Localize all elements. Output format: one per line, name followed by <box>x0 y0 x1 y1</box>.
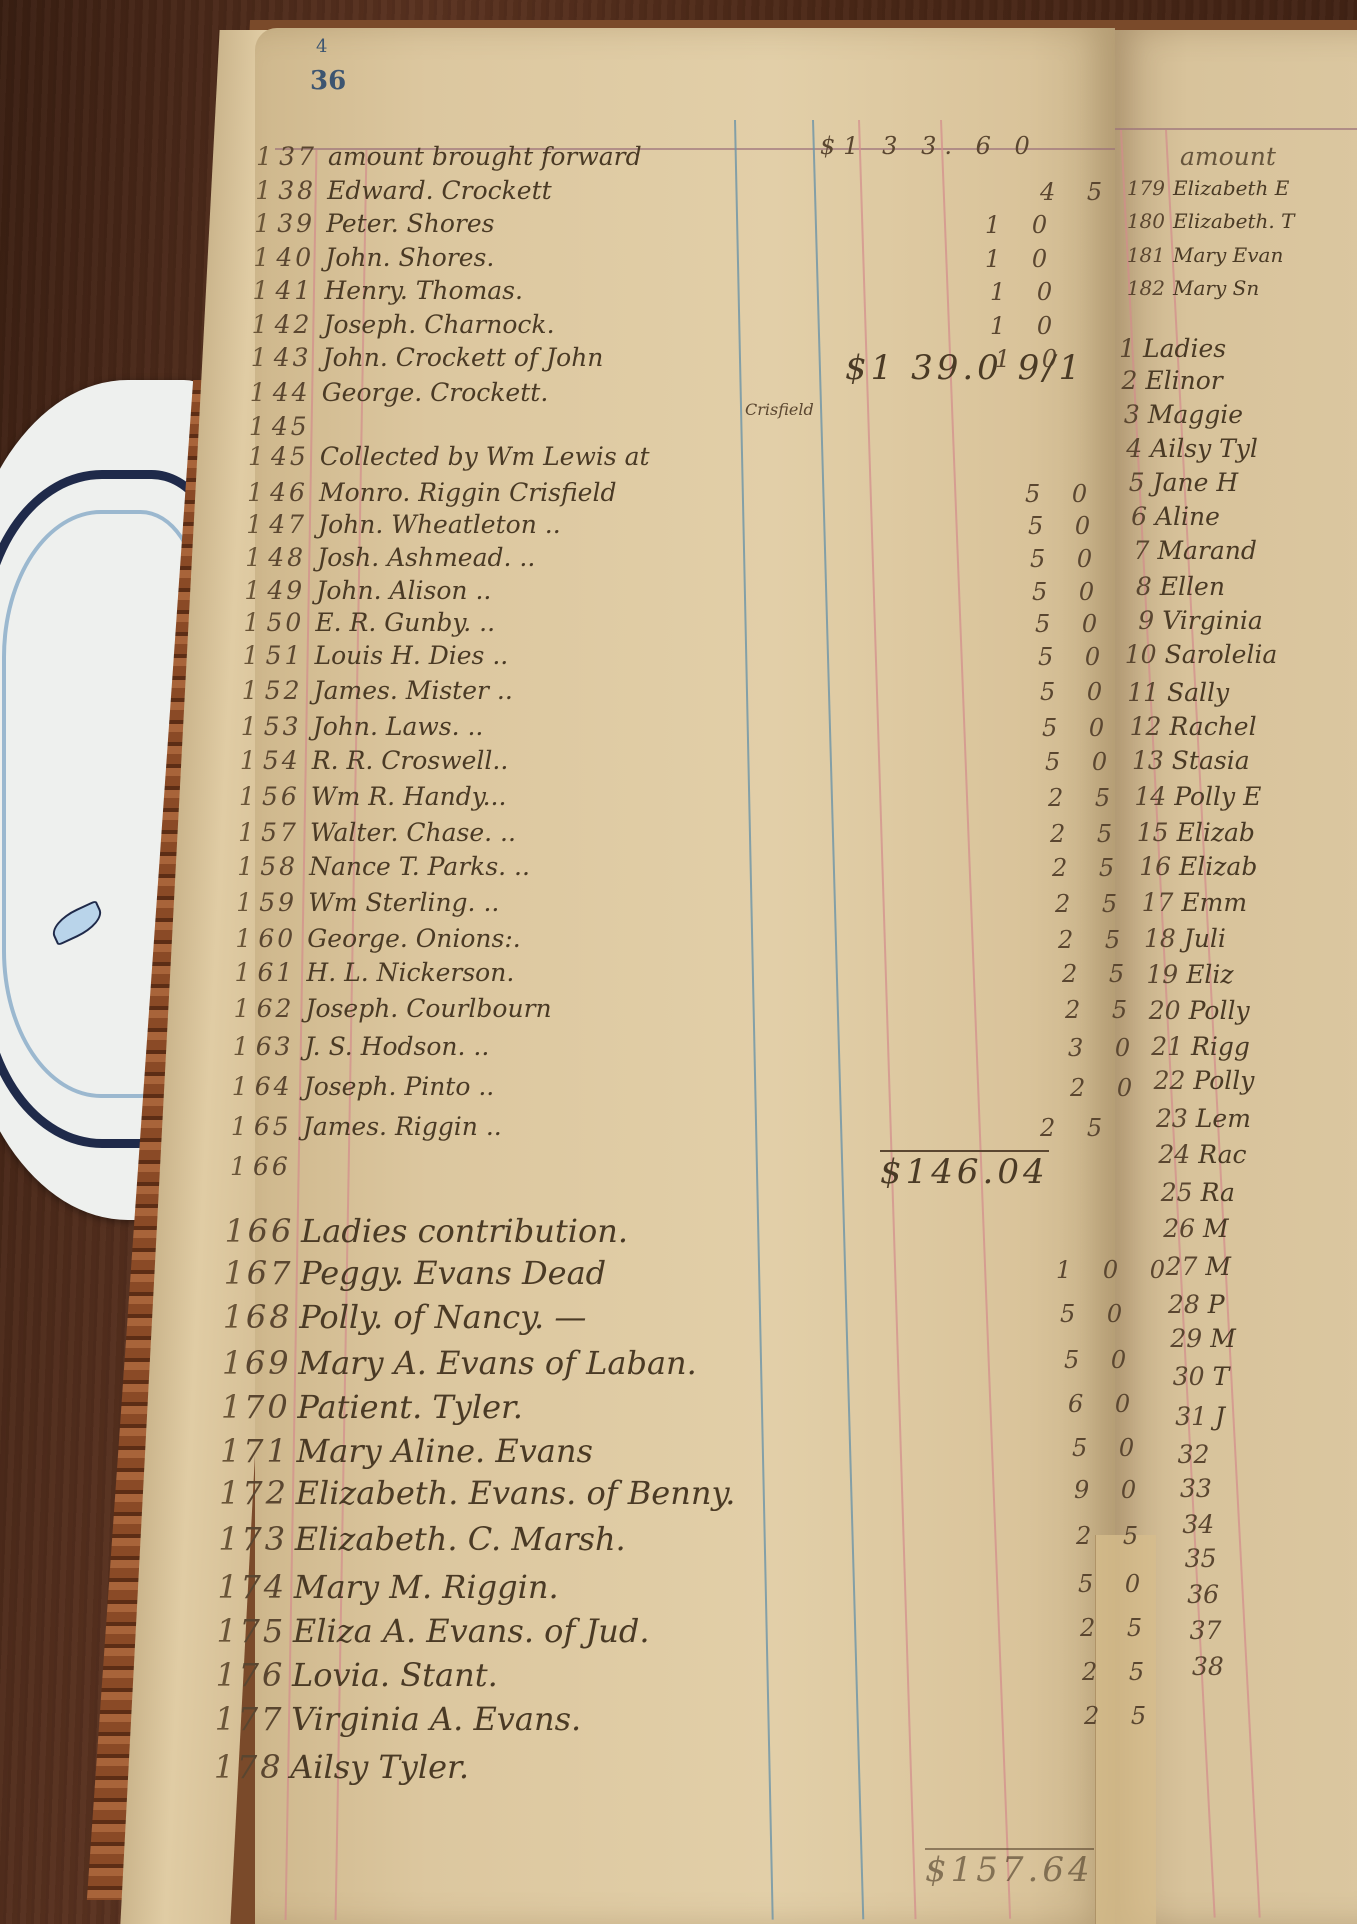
contributor-name: George. Onions:. <box>303 924 727 953</box>
ledger-mark: 1 <box>220 1344 242 1382</box>
contributor-name: E. R. Gunby. .. <box>311 608 735 637</box>
ledger-mark: 1 <box>224 1152 246 1181</box>
ledger-row: 173Elizabeth. C. Marsh. <box>217 1520 715 1556</box>
ledger-mark: 1 <box>236 676 258 705</box>
header-rule-right <box>1115 128 1357 130</box>
right-ledger-row: 11Sally <box>1109 678 1229 707</box>
ledger-row: 142Joseph. Charnock. <box>246 310 744 346</box>
contribution-amount: 3 0 <box>1068 1034 1142 1062</box>
contribution-amount: 5 0 <box>1064 1346 1138 1374</box>
entry-number: 2 <box>1087 366 1145 395</box>
contributor-name: Emm <box>1181 888 1247 917</box>
right-ledger-row: 16Elizab <box>1121 852 1257 881</box>
entry-number: 17 <box>1123 888 1181 917</box>
contribution-amount: 2 5 <box>1084 1702 1158 1730</box>
ledger-row: 166Ladies contribution. <box>223 1212 721 1248</box>
ledger-row: 170Patient. Tyler. <box>219 1388 717 1424</box>
entry-number: 76 <box>236 1656 288 1694</box>
ledger-row: 167Peggy. Evans Dead <box>222 1254 720 1290</box>
entry-number: 46 <box>263 478 315 507</box>
ledger-row: 143John. Crockett of John <box>245 343 743 379</box>
contribution-amount: 2 5 <box>1065 996 1139 1024</box>
entry-number: 13 <box>1114 746 1172 775</box>
ledger-mark: 1 <box>227 1032 249 1061</box>
contributor-name: amount brought forward <box>324 142 748 171</box>
ledger-mark: 1 <box>246 310 268 339</box>
ledger-row: 149John. Alison .. <box>238 576 736 612</box>
right-ledger-row: 33 <box>1162 1474 1220 1503</box>
page-number: 36 <box>310 66 346 96</box>
contributor-name: Ailsy Tyler. <box>286 1748 710 1786</box>
entry-number: 14 <box>1116 782 1174 811</box>
ledger-row: 138Edward. Crockett <box>249 176 747 212</box>
contributor-name: Louis H. Dies .. <box>311 641 735 670</box>
ledger-mark: 1 <box>232 818 254 847</box>
ledger-mark: 1 <box>250 142 272 171</box>
entry-number: 36 <box>1169 1580 1227 1609</box>
right-ledger-row: 6Aline <box>1097 502 1220 531</box>
ledger-mark: 1 <box>228 958 250 987</box>
contributor-name: Elizabeth. Evans. of Benny. <box>292 1474 716 1512</box>
contribution-amount: 2 5 <box>1080 1614 1154 1642</box>
ledger-mark: 1 <box>244 378 266 407</box>
entry-number: 20 <box>1131 996 1189 1025</box>
entry-number: 15 <box>1119 818 1177 847</box>
contributor-name: Virginia A. Evans. <box>287 1700 711 1738</box>
right-ledger-row: 21Rigg <box>1133 1032 1250 1061</box>
contribution-amount: 5 0 <box>1035 610 1109 638</box>
contributor-name: Ladies <box>1143 334 1226 363</box>
contribution-amount: 2 0 <box>1070 1074 1144 1102</box>
entry-number: 37 <box>272 142 324 171</box>
entry-number: 16 <box>1121 852 1179 881</box>
right-ledger-row: 7Marand <box>1099 536 1256 565</box>
right-ledger-row: 19Eliz <box>1128 960 1233 989</box>
contributor-name: John. Alison .. <box>312 576 736 605</box>
ledger-row: 177Virginia A. Evans. <box>213 1700 711 1736</box>
ledger-row: 174Mary M. Riggin. <box>216 1568 714 1604</box>
entry-number: 37 <box>1171 1616 1229 1645</box>
entry-number: 60 <box>251 924 303 953</box>
contributor-name: Patient. Tyler. <box>293 1388 717 1426</box>
entry-number: 39 <box>270 209 322 238</box>
entry-number: 68 <box>243 1298 295 1336</box>
contribution-amount: 2 5 <box>1058 926 1132 954</box>
ledger-row: 156Wm R. Handy... <box>233 782 731 818</box>
entry-number: 27 <box>1147 1252 1205 1281</box>
right-ledger-row: 28P <box>1150 1290 1225 1319</box>
entry-number: 28 <box>1150 1290 1208 1319</box>
ledger-row: 171Mary Aline. Evans <box>219 1432 717 1468</box>
right-ledger-row: 26M <box>1145 1214 1229 1243</box>
ledger-row: 144George. Crockett. <box>244 378 742 414</box>
ledger-row: 157Walter. Chase. .. <box>232 818 730 854</box>
entry-number: 42 <box>268 310 320 339</box>
entry-number: 38 <box>1174 1652 1232 1681</box>
entry-number: 40 <box>269 243 321 272</box>
contribution-amount: 5 0 <box>1060 1300 1134 1328</box>
entry-number: 53 <box>257 712 309 741</box>
ledger-mark: 1 <box>222 1254 244 1292</box>
contributor-name: H. L. Nickerson. <box>302 958 726 987</box>
ledger-mark: 1 <box>238 576 260 605</box>
contributor-name: R. R. Croswell.. <box>308 746 732 775</box>
ledger-mark: 1 <box>243 412 265 441</box>
entry-number: 180 <box>1115 209 1173 233</box>
contributor-name: Edward. Crockett <box>323 176 747 205</box>
subtotal-3: $157.64 <box>925 1848 1094 1890</box>
entry-number: 7 <box>1099 536 1157 565</box>
contribution-amount: 5 0 <box>1042 714 1116 742</box>
ledger-row: 168Polly. of Nancy. — <box>221 1298 719 1334</box>
entry-number: 29 <box>1152 1324 1210 1353</box>
contribution-amount: 2 5 <box>1050 820 1124 848</box>
ledger-mark: 1 <box>231 852 253 881</box>
contribution-amount: 1 0 <box>990 278 1064 306</box>
entry-number: 179 <box>1115 176 1173 200</box>
entry-number: 5 <box>1095 468 1153 497</box>
entry-number: 69 <box>242 1344 294 1382</box>
right-ledger-row: 2Elinor <box>1087 366 1222 395</box>
subtotal-2: $146.04 <box>880 1150 1049 1192</box>
ledger-mark: 1 <box>234 746 256 775</box>
entry-number: 51 <box>259 641 311 670</box>
contributor-name: Polly <box>1193 1066 1254 1095</box>
entry-number: 4 <box>1092 434 1150 463</box>
page-number-small: 4 <box>316 36 327 57</box>
ledger-row: 150E. R. Gunby. .. <box>237 608 735 644</box>
right-ledger-row: 14Polly E <box>1116 782 1261 811</box>
ledger-row: 153John. Laws. .. <box>235 712 733 748</box>
ledger-mark: 1 <box>249 176 271 205</box>
contributor-name: J. S. Hodson. .. <box>301 1032 725 1061</box>
right-ledger-row: 20Polly <box>1131 996 1250 1025</box>
entry-number: 56 <box>255 782 307 811</box>
ledger-mark: 1 <box>237 608 259 637</box>
ledger-mark: 1 <box>247 243 269 272</box>
contributor-name: Polly <box>1189 996 1250 1025</box>
contributor-name: Joseph. Pinto .. <box>300 1072 724 1101</box>
entry-number: 43 <box>267 343 319 372</box>
right-ledger-row: 13Stasia <box>1114 746 1250 775</box>
right-ledger-row: 24Rac <box>1140 1140 1246 1169</box>
right-ledger-row: 17Emm <box>1123 888 1247 917</box>
right-ledger-row: 182Mary Sn <box>1115 276 1259 300</box>
contributor-name: Virginia <box>1162 606 1263 635</box>
ledger-row: 169Mary A. Evans of Laban. <box>220 1344 718 1380</box>
ledger-row: 159Wm Sterling. .. <box>230 888 728 924</box>
ledger-mark: 1 <box>240 510 262 539</box>
entry-number: 67 <box>244 1254 296 1292</box>
contributor-name: M <box>1210 1324 1236 1353</box>
contributor-name: Henry. Thomas. <box>320 276 744 305</box>
ledger-row: 164Joseph. Pinto .. <box>226 1072 724 1108</box>
contributor-name: Mary A. Evans of Laban. <box>294 1344 718 1382</box>
entry-number: 33 <box>1162 1474 1220 1503</box>
right-page-header: amount <box>1180 142 1276 171</box>
entry-number: 57 <box>254 818 306 847</box>
ledger-mark: 1 <box>228 994 250 1023</box>
contributor-name: George. Crockett. <box>318 378 742 407</box>
contribution-amount: 2 5 <box>1062 960 1136 988</box>
right-ledger-row: 1Ladies <box>1085 334 1226 363</box>
contributor-name: John. Laws. .. <box>309 712 733 741</box>
ledger-mark: 1 <box>245 343 267 372</box>
ledger-mark: 1 <box>215 1612 237 1650</box>
entry-number: 70 <box>241 1388 293 1426</box>
right-ledger-row: 23Lem <box>1138 1104 1251 1133</box>
contributor-name: Marand <box>1157 536 1256 565</box>
ledger-mark: 1 <box>213 1700 235 1738</box>
ledger-mark: 1 <box>217 1520 239 1558</box>
ledger-mark: 1 <box>233 782 255 811</box>
entry-number: 6 <box>1097 502 1155 531</box>
contributor-name: Joseph. Charnock. <box>320 310 744 339</box>
right-ledger-row: 25Ra <box>1143 1178 1235 1207</box>
right-ledger-row: 10Sarolelia <box>1107 640 1278 669</box>
entry-number: 8 <box>1102 572 1160 601</box>
contributor-name: John. Wheatleton .. <box>314 510 738 539</box>
right-ledger-row: 8Ellen <box>1102 572 1225 601</box>
entry-number: 35 <box>1167 1544 1225 1573</box>
entry-number: 64 <box>248 1072 300 1101</box>
right-ledger-row: 30T <box>1155 1362 1230 1391</box>
ledger-mark: 1 <box>218 1474 240 1512</box>
entry-number: 71 <box>241 1432 293 1470</box>
ledger-mark: 1 <box>216 1568 238 1606</box>
ledger-row: 166 <box>224 1152 722 1188</box>
right-ledger-row: 35 <box>1167 1544 1225 1573</box>
ledger-row: 145Collected by Wm Lewis at <box>242 442 740 478</box>
right-ledger-row: 3Maggie <box>1090 400 1243 429</box>
contributor-name: Rachel <box>1169 712 1256 741</box>
ledger-row: 158Nance T. Parks. .. <box>231 852 729 888</box>
ledger-row: 176Lovia. Stant. <box>214 1656 712 1692</box>
contributor-name: Juli <box>1184 924 1226 953</box>
ledger-row: 152James. Mister .. <box>236 676 734 712</box>
entry-number: 66 <box>245 1212 297 1250</box>
contributor-name: Elinor <box>1145 366 1222 395</box>
contribution-amount: 6 0 <box>1068 1390 1142 1418</box>
entry-number: 12 <box>1111 712 1169 741</box>
contributor-name: Walter. Chase. .. <box>306 818 730 847</box>
contributor-name: Polly E <box>1174 782 1261 811</box>
ledger-mark: 1 <box>229 924 251 953</box>
right-ledger-row: 18Juli <box>1126 924 1226 953</box>
ledger-mark: 1 <box>242 442 264 471</box>
contribution-amount: 5 0 <box>1030 545 1104 573</box>
contributor-name: Eliza A. Evans. of Jud. <box>289 1612 713 1650</box>
contributor-name: T <box>1213 1362 1230 1391</box>
ledger-mark: 1 <box>237 641 259 670</box>
entry-number: 11 <box>1109 678 1167 707</box>
contributor-name: Sarolelia <box>1165 640 1278 669</box>
right-ledger-row: 15Elizab <box>1119 818 1255 847</box>
ledger-mark: 1 <box>221 1298 243 1336</box>
contribution-amount: 5 0 <box>1028 512 1102 540</box>
contributor-name: Mary Aline. Evans <box>293 1432 717 1470</box>
contributor-name: Nance T. Parks. .. <box>305 852 729 881</box>
contributor-name: James. Riggin .. <box>299 1112 723 1141</box>
contributor-name: Aline <box>1155 502 1220 531</box>
contributor-name: Elizabeth E <box>1173 176 1289 200</box>
right-ledger-row: 22Polly <box>1135 1066 1254 1095</box>
entry-number: 31 <box>1157 1402 1215 1431</box>
ledger-row: 175Eliza A. Evans. of Jud. <box>215 1612 713 1648</box>
contributor-name: Ladies contribution. <box>297 1212 721 1250</box>
contributor-name: Elizab <box>1179 852 1257 881</box>
contribution-amount: 1 0 <box>985 211 1059 239</box>
entry-number: 38 <box>271 176 323 205</box>
entry-number: 62 <box>250 994 302 1023</box>
ledger-row: 154R. R. Croswell.. <box>234 746 732 782</box>
contributor-name: Lem <box>1196 1104 1251 1133</box>
contributor-name: Stasia <box>1172 746 1250 775</box>
entry-number: 50 <box>259 608 311 637</box>
contribution-amount: 5 0 <box>1040 678 1114 706</box>
contributor-name: Ellen <box>1160 572 1225 601</box>
contribution-amount: 2 5 <box>1052 854 1126 882</box>
entry-number: 77 <box>235 1700 287 1738</box>
ledger-row: 141Henry. Thomas. <box>246 276 744 312</box>
right-ledger-row: 38 <box>1174 1652 1232 1681</box>
right-ledger-row: 32 <box>1159 1440 1217 1469</box>
right-ledger-row: 181Mary Evan <box>1115 243 1283 267</box>
contribution-amount: 2 5 <box>1048 784 1122 812</box>
contribution-amount: 9 0 <box>1074 1476 1148 1504</box>
entry-number: 182 <box>1115 276 1173 300</box>
contributor-name: P <box>1208 1290 1225 1319</box>
entry-number: 47 <box>262 510 314 539</box>
contributor-name: Mary Sn <box>1173 276 1259 300</box>
right-ledger-row: 36 <box>1169 1580 1227 1609</box>
entry-number: 3 <box>1090 400 1148 429</box>
ledger-row: 146Monro. Riggin Crisfield <box>241 478 739 514</box>
entry-number: 44 <box>266 378 318 407</box>
entry-number: 181 <box>1115 243 1173 267</box>
entry-number: 65 <box>247 1112 299 1141</box>
entry-number: 25 <box>1143 1178 1201 1207</box>
entry-number: 19 <box>1128 960 1186 989</box>
contributor-name: Elizabeth. C. Marsh. <box>291 1520 715 1558</box>
contributor-name: Elizab <box>1177 818 1255 847</box>
ledger-row: 161H. L. Nickerson. <box>228 958 726 994</box>
entry-number: 22 <box>1135 1066 1193 1095</box>
contribution-amount: 5 0 <box>1078 1570 1152 1598</box>
contributor-name: J <box>1215 1402 1225 1431</box>
contributor-name: Jane H <box>1153 468 1239 497</box>
entry-number: 23 <box>1138 1104 1196 1133</box>
entry-number: 9 <box>1104 606 1162 635</box>
entry-number: 26 <box>1145 1214 1203 1243</box>
entry-number: 32 <box>1159 1440 1217 1469</box>
ledger-row: 165James. Riggin .. <box>225 1112 723 1148</box>
contributor-name: Collected by Wm Lewis at <box>316 442 740 471</box>
right-ledger-row: 9Virginia <box>1104 606 1263 635</box>
contributor-name: Ailsy Tyl <box>1150 434 1258 463</box>
entry-number: 72 <box>240 1474 292 1512</box>
right-ledger-row: 29M <box>1152 1324 1236 1353</box>
entry-number: 45 <box>265 412 317 441</box>
contribution-amount: 1 0 <box>985 245 1059 273</box>
ledger-mark: 1 <box>241 478 263 507</box>
ledger-mark: 1 <box>230 888 252 917</box>
contribution-amount: 2 5 <box>1055 890 1129 918</box>
right-ledger-row: 5Jane H <box>1095 468 1239 497</box>
entry-number: 52 <box>258 676 310 705</box>
entry-number: 41 <box>268 276 320 305</box>
right-ledger-row: 37 <box>1171 1616 1229 1645</box>
contribution-amount: 1 0 <box>990 312 1064 340</box>
contributor-name: Sally <box>1167 678 1229 707</box>
entry-number: 21 <box>1133 1032 1191 1061</box>
ledger-row: 160George. Onions:. <box>229 924 727 960</box>
contribution-amount: 2 5 <box>1040 1114 1114 1142</box>
entry-number: 66 <box>246 1152 298 1181</box>
entry-number: 75 <box>237 1612 289 1650</box>
entry-number: 73 <box>239 1520 291 1558</box>
contributor-name: M <box>1205 1252 1231 1281</box>
right-ledger-row: 31J <box>1157 1402 1225 1431</box>
entry-number: 18 <box>1126 924 1184 953</box>
ledger-mark: 1 <box>212 1748 234 1786</box>
entry-number: 45 <box>264 442 316 471</box>
ledger-row: 147John. Wheatleton .. <box>240 510 738 546</box>
ledger-mark: 1 <box>219 1388 241 1426</box>
subtotal-1: $1 39.0 9/1 <box>845 348 1084 388</box>
contributor-name: James. Mister .. <box>310 676 734 705</box>
ledger-mark: 1 <box>223 1212 245 1250</box>
ledger-mark: 1 <box>219 1432 241 1470</box>
contribution-amount: 5 0 <box>1025 480 1099 508</box>
contributor-name: M <box>1203 1214 1229 1243</box>
entry-number: 34 <box>1164 1510 1222 1539</box>
ledger-mark: 1 <box>225 1112 247 1141</box>
entry-number: 54 <box>256 746 308 775</box>
entry-number: 49 <box>260 576 312 605</box>
ledger-mark: 1 <box>235 712 257 741</box>
contributor-name: Rac <box>1198 1140 1246 1169</box>
right-ledger-row: 27M <box>1147 1252 1231 1281</box>
annotation-crisfield: Crisfield <box>745 400 814 419</box>
contributor-name: Ra <box>1201 1178 1235 1207</box>
contribution-amount: 5 0 <box>1072 1434 1146 1462</box>
ledger-mark: 1 <box>239 543 261 572</box>
entry-number: 61 <box>250 958 302 987</box>
contributor-name: John. Crockett of John <box>319 343 743 372</box>
ledger-row: 172Elizabeth. Evans. of Benny. <box>218 1474 716 1510</box>
contributor-name: Peggy. Evans Dead <box>296 1254 720 1292</box>
contribution-amount: 2 5 <box>1076 1522 1150 1550</box>
contributor-name: Josh. Ashmead. .. <box>313 543 737 572</box>
right-ledger-row: 180Elizabeth. T <box>1115 209 1294 233</box>
ledger-mark: 1 <box>248 209 270 238</box>
contribution-amount: 5 0 <box>1045 748 1119 776</box>
ledger-row: 148Josh. Ashmead. .. <box>239 543 737 579</box>
contributor-name: Mary Evan <box>1173 243 1283 267</box>
contributor-name: Polly. of Nancy. — <box>295 1298 719 1336</box>
right-ledger-row: 4Ailsy Tyl <box>1092 434 1258 463</box>
entry-number: 59 <box>252 888 304 917</box>
brought-forward-amount: $1 3 3. 6 0 <box>820 132 1038 160</box>
ledger-row: 137amount brought forward <box>250 142 748 178</box>
entry-number: 58 <box>253 852 305 881</box>
contributor-name: Wm R. Handy... <box>307 782 731 811</box>
ledger-mark: 1 <box>214 1656 236 1694</box>
ledger-row: 178Ailsy Tyler. <box>212 1748 710 1784</box>
contributor-name: Lovia. Stant. <box>288 1656 712 1694</box>
ledger-mark: 1 <box>226 1072 248 1101</box>
